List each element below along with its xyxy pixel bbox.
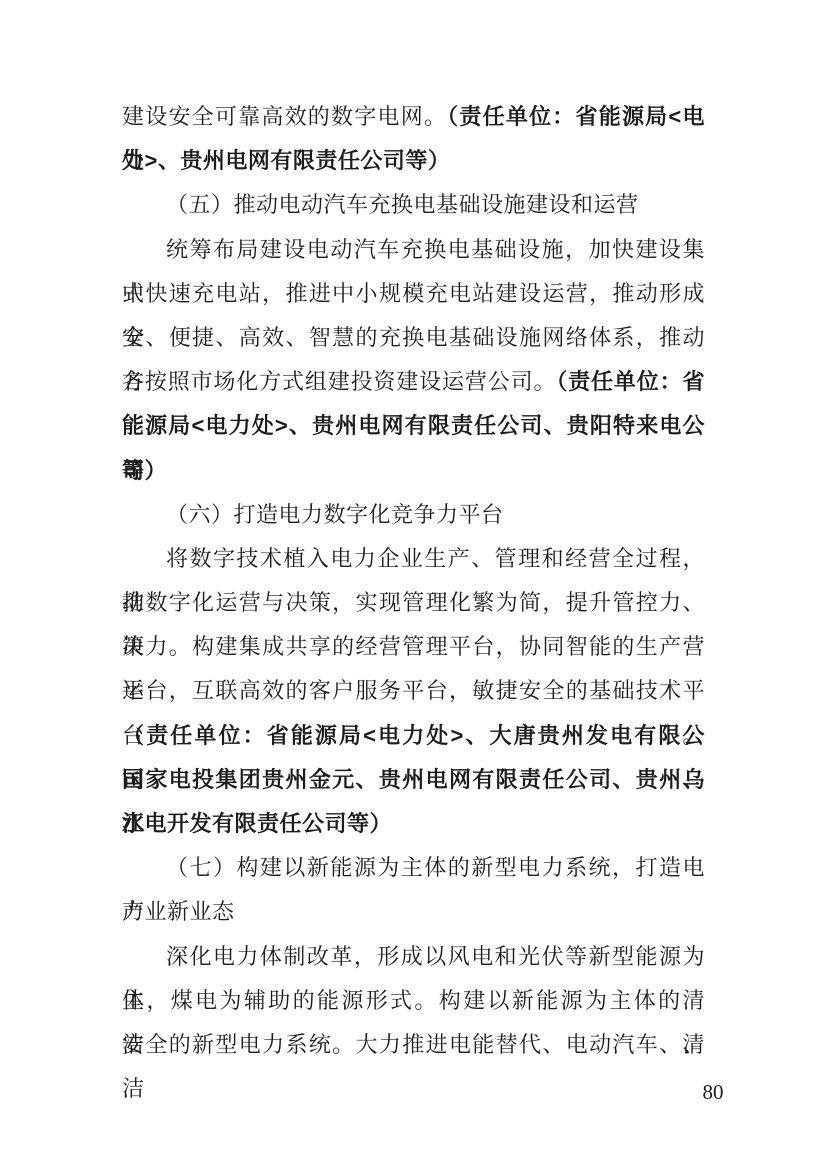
text-segment-hei: （责任单位：省	[556, 369, 705, 394]
text-segment-kai: （六）打造电力数字化竞争力平台	[166, 502, 504, 527]
text-segment-song: 方按照市场化方式组建投资建设运营公司。	[122, 369, 556, 394]
text-segment-kai: 产业新业态	[122, 899, 235, 924]
page-number: 80	[693, 1078, 733, 1106]
text-line: 全、便捷、高效、智慧的充换电基础设施网络体系，推动各	[122, 316, 705, 360]
text-line: （责任单位：省能源局<电力处>、大唐贵州发电有限公司、	[122, 714, 705, 758]
text-segment-song: 安全的新型电力系统。大力推进电能替代、电动汽车、清洁	[122, 1032, 705, 1101]
document-text-body: 建设安全可靠高效的数字电网。（责任单位：省能源局<电力处>、贵州电网有限责任公司…	[122, 95, 705, 1067]
text-line: 动数字化运营与决策，实现管理化繁为简，提升管控力、决	[122, 581, 705, 625]
text-line: 平台，互联高效的客户服务平台，敏捷安全的基础技术平台。	[122, 669, 705, 713]
text-line: 国家电投集团贵州金元、贵州电网有限责任公司、贵州乌江	[122, 758, 705, 802]
text-line: 能源局<电力处>、贵州电网有限责任公司、贵阳特来电公司	[122, 404, 705, 448]
text-line: 将数字技术植入电力企业生产、管理和经营全过程，推	[122, 537, 705, 581]
text-line: 安全的新型电力系统。大力推进电能替代、电动汽车、清洁	[122, 1023, 705, 1067]
text-segment-hei: 水电开发有限责任公司等）	[122, 811, 392, 836]
text-line: 统筹布局建设电动汽车充换电基础设施，加快建设集中	[122, 228, 705, 272]
text-line: 建设安全可靠高效的数字电网。（责任单位：省能源局<电力	[122, 95, 705, 139]
text-line: 体，煤电为辅助的能源形式。构建以新能源为主体的清洁、	[122, 979, 705, 1023]
document-page: 建设安全可靠高效的数字电网。（责任单位：省能源局<电力处>、贵州电网有限责任公司…	[0, 0, 826, 1169]
text-segment-hei: 处>、贵州电网有限责任公司等）	[122, 148, 450, 173]
text-line: 处>、贵州电网有限责任公司等）	[122, 139, 705, 183]
text-line: 方按照市场化方式组建投资建设运营公司。（责任单位：省	[122, 360, 705, 404]
text-line: 深化电力体制改革，形成以风电和光伏等新型能源为主	[122, 935, 705, 979]
text-line: 产业新业态	[122, 890, 705, 934]
text-line: 策力。构建集成共享的经营管理平台，协同智能的生产营运	[122, 625, 705, 669]
text-segment-hei: 等）	[122, 458, 167, 483]
text-segment-song: 建设安全可靠高效的数字电网。	[122, 104, 447, 129]
text-line: 等）	[122, 449, 705, 493]
text-line: （七）构建以新能源为主体的新型电力系统，打造电力	[122, 846, 705, 890]
text-segment-kai: （五）推动电动汽车充换电基础设施建设和运营	[166, 192, 639, 217]
text-line: （六）打造电力数字化竞争力平台	[122, 493, 705, 537]
text-line: 水电开发有限责任公司等）	[122, 802, 705, 846]
text-line: （五）推动电动汽车充换电基础设施建设和运营	[122, 183, 705, 227]
text-line: 式快速充电站，推进中小规模充电站建设运营，推动形成安	[122, 272, 705, 316]
